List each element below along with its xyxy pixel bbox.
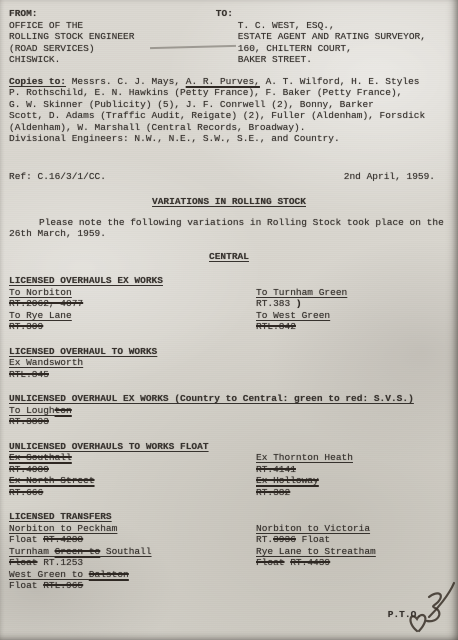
stock-entry: Rye Lane to Streatham xyxy=(256,546,376,558)
fleet-number: RT.382 xyxy=(256,487,290,498)
copies-line: P. Rothschild, E. N. Hawkins (Petty Fran… xyxy=(9,87,449,99)
stock-entry: RT.383 ) xyxy=(256,298,347,310)
section-heading: LICENSED OVERHAULS EX WORKS xyxy=(9,275,449,287)
from-line: ROLLING STOCK ENGINEER xyxy=(9,31,216,43)
pen-annotation: ) xyxy=(290,298,301,309)
fleet-number: RT.4288 xyxy=(43,534,83,545)
right-column: Norbiton to VictoriaRT.3936 FloatRye Lan… xyxy=(256,523,376,569)
stock-entry: RT.3936 Float xyxy=(256,534,376,546)
to-line: T. C. WEST, ESQ., xyxy=(238,20,426,32)
address-header: FROM: OFFICE OF THE ROLLING STOCK ENGINE… xyxy=(9,8,449,66)
to-line: ESTATE AGENT AND RATING SURVEYOR, xyxy=(238,31,426,43)
section-heading: UNLICENSED OVERHAUL EX WORKS (Country to… xyxy=(9,393,449,405)
entry-label: Green to xyxy=(55,546,101,557)
section-columns: Ex WandsworthRTL.845 xyxy=(9,357,449,380)
stock-entry: RT.4141 xyxy=(256,464,353,476)
copies-list: Copies to: Messrs. C. J. Mays, A. R. Pur… xyxy=(9,76,449,145)
stock-entry: Ex Holloway xyxy=(256,475,353,487)
entry-label: Float xyxy=(9,580,43,591)
stock-entry: To Rye Lane xyxy=(9,310,449,322)
to-label: TO: xyxy=(216,8,426,20)
from-line: CHISWICK. xyxy=(9,54,216,66)
copies-line: Scott, D. Adams (Traffic Audit, Reigate)… xyxy=(9,110,449,122)
stock-entry: West Green to Dalston xyxy=(9,569,449,581)
section-heading: UNLICENSED OVERHAULS TO WORKS FLOAT xyxy=(9,441,449,453)
fleet-number: RT.666 xyxy=(9,487,43,498)
variation-sections: LICENSED OVERHAULS EX WORKSTo NorbitonRT… xyxy=(9,275,449,592)
right-column: To Turnham GreenRT.383 )To West GreenRTL… xyxy=(256,287,347,333)
entry-label: Norbiton to Peckham xyxy=(9,523,117,534)
underlined-name: A. R. Purves, xyxy=(186,76,260,87)
stock-entry: Norbiton to Peckham xyxy=(9,523,449,535)
document-title-text: VARIATIONS IN ROLLING STOCK xyxy=(152,196,306,207)
section-columns: To LoughtonRT.3893 xyxy=(9,405,449,428)
entry-label: Ex Wandsworth xyxy=(9,357,83,368)
variation-section: UNLICENSED OVERHAULS TO WORKS FLOATEx So… xyxy=(9,441,449,499)
stock-entry: RT.666 xyxy=(9,487,449,499)
from-block: FROM: OFFICE OF THE ROLLING STOCK ENGINE… xyxy=(9,8,216,66)
stock-entry: Ex Thornton Heath xyxy=(256,452,353,464)
intro-line: 26th March, 1959. xyxy=(9,228,449,240)
copies-names: Messrs. C. J. Mays, xyxy=(66,76,186,87)
section-heading: LICENSED OVERHAUL TO WORKS xyxy=(9,346,449,358)
entry-label: Ex North Street xyxy=(9,475,95,486)
fleet-number: RT.3893 xyxy=(9,416,49,427)
stock-entry: RT.4089 xyxy=(9,464,449,476)
region-heading: CENTRAL xyxy=(9,251,449,263)
stock-entry: To Norbiton xyxy=(9,287,449,299)
stock-entry: Float RT.1253 xyxy=(9,557,449,569)
copies-names: A. T. Wilford, H. E. Styles xyxy=(260,76,420,87)
entry-label: Norbiton to Victoria xyxy=(256,523,370,534)
stock-entry: To Turnham Green xyxy=(256,287,347,299)
left-column: To LoughtonRT.3893 xyxy=(9,405,449,428)
variation-section: UNLICENSED OVERHAUL EX WORKS (Country to… xyxy=(9,393,449,428)
fleet-number: RT.2062, 4077 xyxy=(9,298,83,309)
fleet-number: RT.4089 xyxy=(9,464,49,475)
entry-label: To West Green xyxy=(256,310,330,321)
to-line: BAKER STREET. xyxy=(238,54,426,66)
scanned-memo-page: FROM: OFFICE OF THE ROLLING STOCK ENGINE… xyxy=(0,0,458,640)
copies-label: Copies to: xyxy=(9,76,66,87)
stock-entry: Norbiton to Victoria xyxy=(256,523,376,535)
document-date: 2nd April, 1959. xyxy=(344,171,435,183)
right-column: Ex Thornton HeathRT.4141Ex HollowayRT.38… xyxy=(256,452,353,498)
entry-label: West Green to xyxy=(9,569,89,580)
fleet-number: RT.309 xyxy=(9,321,43,332)
entry-label: ton xyxy=(55,405,72,416)
stock-entry: To Loughton xyxy=(9,405,449,417)
reference-number: Ref: C.16/3/1/CC. xyxy=(9,171,106,183)
stock-entry: To West Green xyxy=(256,310,347,322)
stock-entry: RT.3893 xyxy=(9,416,449,428)
stock-entry: Ex Southall xyxy=(9,452,449,464)
stock-entry: Ex North Street xyxy=(9,475,449,487)
entry-label: To Rye Lane xyxy=(9,310,72,321)
divisional-engineers-line: Divisional Engineers: N.W., N.E., S.W., … xyxy=(9,133,449,145)
document-title: VARIATIONS IN ROLLING STOCK xyxy=(9,196,449,208)
section-columns: Ex SouthallRT.4089Ex North StreetRT.666E… xyxy=(9,452,449,498)
stock-entry: RTL.842 xyxy=(256,321,347,333)
left-column: Norbiton to PeckhamFloat RT.4288Turnham … xyxy=(9,523,449,592)
copies-line: G. W. Skinner (Publicity) (5), J. F. Con… xyxy=(9,99,449,111)
section-columns: Norbiton to PeckhamFloat RT.4288Turnham … xyxy=(9,523,449,592)
copies-line: Copies to: Messrs. C. J. Mays, A. R. Pur… xyxy=(9,76,449,88)
stock-entry: Turnham Green to Southall xyxy=(9,546,449,558)
entry-label: Float xyxy=(256,557,285,568)
entry-label: Float xyxy=(9,534,43,545)
entry-label: Rye Lane to Streatham xyxy=(256,546,376,557)
stock-entry: RT.309 xyxy=(9,321,449,333)
fleet-number: RTL.965 xyxy=(43,580,83,591)
region-heading-text: CENTRAL xyxy=(209,251,249,262)
entry-label: Float xyxy=(296,534,330,545)
left-column: Ex SouthallRT.4089Ex North StreetRT.666 xyxy=(9,452,449,498)
section-columns: To NorbitonRT.2062, 4077To Rye LaneRT.30… xyxy=(9,287,449,333)
fleet-number: RT.383 xyxy=(256,298,290,309)
to-block: TO: T. C. WEST, ESQ., ESTATE AGENT AND R… xyxy=(216,8,426,66)
entry-label: Southall xyxy=(100,546,151,557)
entry-label: To Lough xyxy=(9,405,55,416)
variation-section: LICENSED OVERHAUL TO WORKSEx WandsworthR… xyxy=(9,346,449,381)
from-line: (ROAD SERVICES) xyxy=(9,43,216,55)
fleet-number: RT.4439 xyxy=(290,557,330,568)
left-column: To NorbitonRT.2062, 4077To Rye LaneRT.30… xyxy=(9,287,449,333)
stock-entry: Float RT.4439 xyxy=(256,557,376,569)
stock-entry: Ex Wandsworth xyxy=(9,357,449,369)
entry-label: To Turnham Green xyxy=(256,287,347,298)
fleet-number: RTL.845 xyxy=(9,369,49,380)
stock-entry: RT.2062, 4077 xyxy=(9,298,449,310)
to-lines: T. C. WEST, ESQ., ESTATE AGENT AND RATIN… xyxy=(238,20,426,66)
stock-entry: RT.382 xyxy=(256,487,353,499)
to-line: 160, CHILTERN COURT, xyxy=(238,43,426,55)
variation-section: LICENSED TRANSFERSNorbiton to PeckhamFlo… xyxy=(9,511,449,592)
fleet-number: RT.4141 xyxy=(256,464,296,475)
stock-entry: Float RTL.965 xyxy=(9,580,449,592)
intro-paragraph: Please note the following variations in … xyxy=(9,217,449,240)
entry-label: To Norbiton xyxy=(9,287,72,298)
entry-label: Ex Thornton Heath xyxy=(256,452,353,463)
entry-label: Ex Southall xyxy=(9,452,72,463)
reference-row: Ref: C.16/3/1/CC. 2nd April, 1959. xyxy=(9,171,449,183)
stock-entry: Float RT.4288 xyxy=(9,534,449,546)
fleet-number: RT.1253 xyxy=(38,557,84,568)
entry-label: RT. xyxy=(256,534,273,545)
fleet-number: 3936 xyxy=(273,534,296,545)
entry-label: Dalston xyxy=(89,569,129,580)
stock-entry: RTL.845 xyxy=(9,369,449,381)
entry-label: Float xyxy=(9,557,38,568)
left-column: Ex WandsworthRTL.845 xyxy=(9,357,449,380)
variation-section: LICENSED OVERHAULS EX WORKSTo NorbitonRT… xyxy=(9,275,449,333)
intro-line: Please note the following variations in … xyxy=(9,217,449,229)
copies-line: (Aldenham), W. Marshall (Central Records… xyxy=(9,122,449,134)
entry-label: Turnham xyxy=(9,546,55,557)
entry-label: Ex Holloway xyxy=(256,475,319,486)
from-line: OFFICE OF THE xyxy=(9,20,216,32)
section-heading: LICENSED TRANSFERS xyxy=(9,511,449,523)
from-label: FROM: xyxy=(9,8,216,20)
handwritten-mark xyxy=(391,579,457,639)
fleet-number: RTL.842 xyxy=(256,321,296,332)
